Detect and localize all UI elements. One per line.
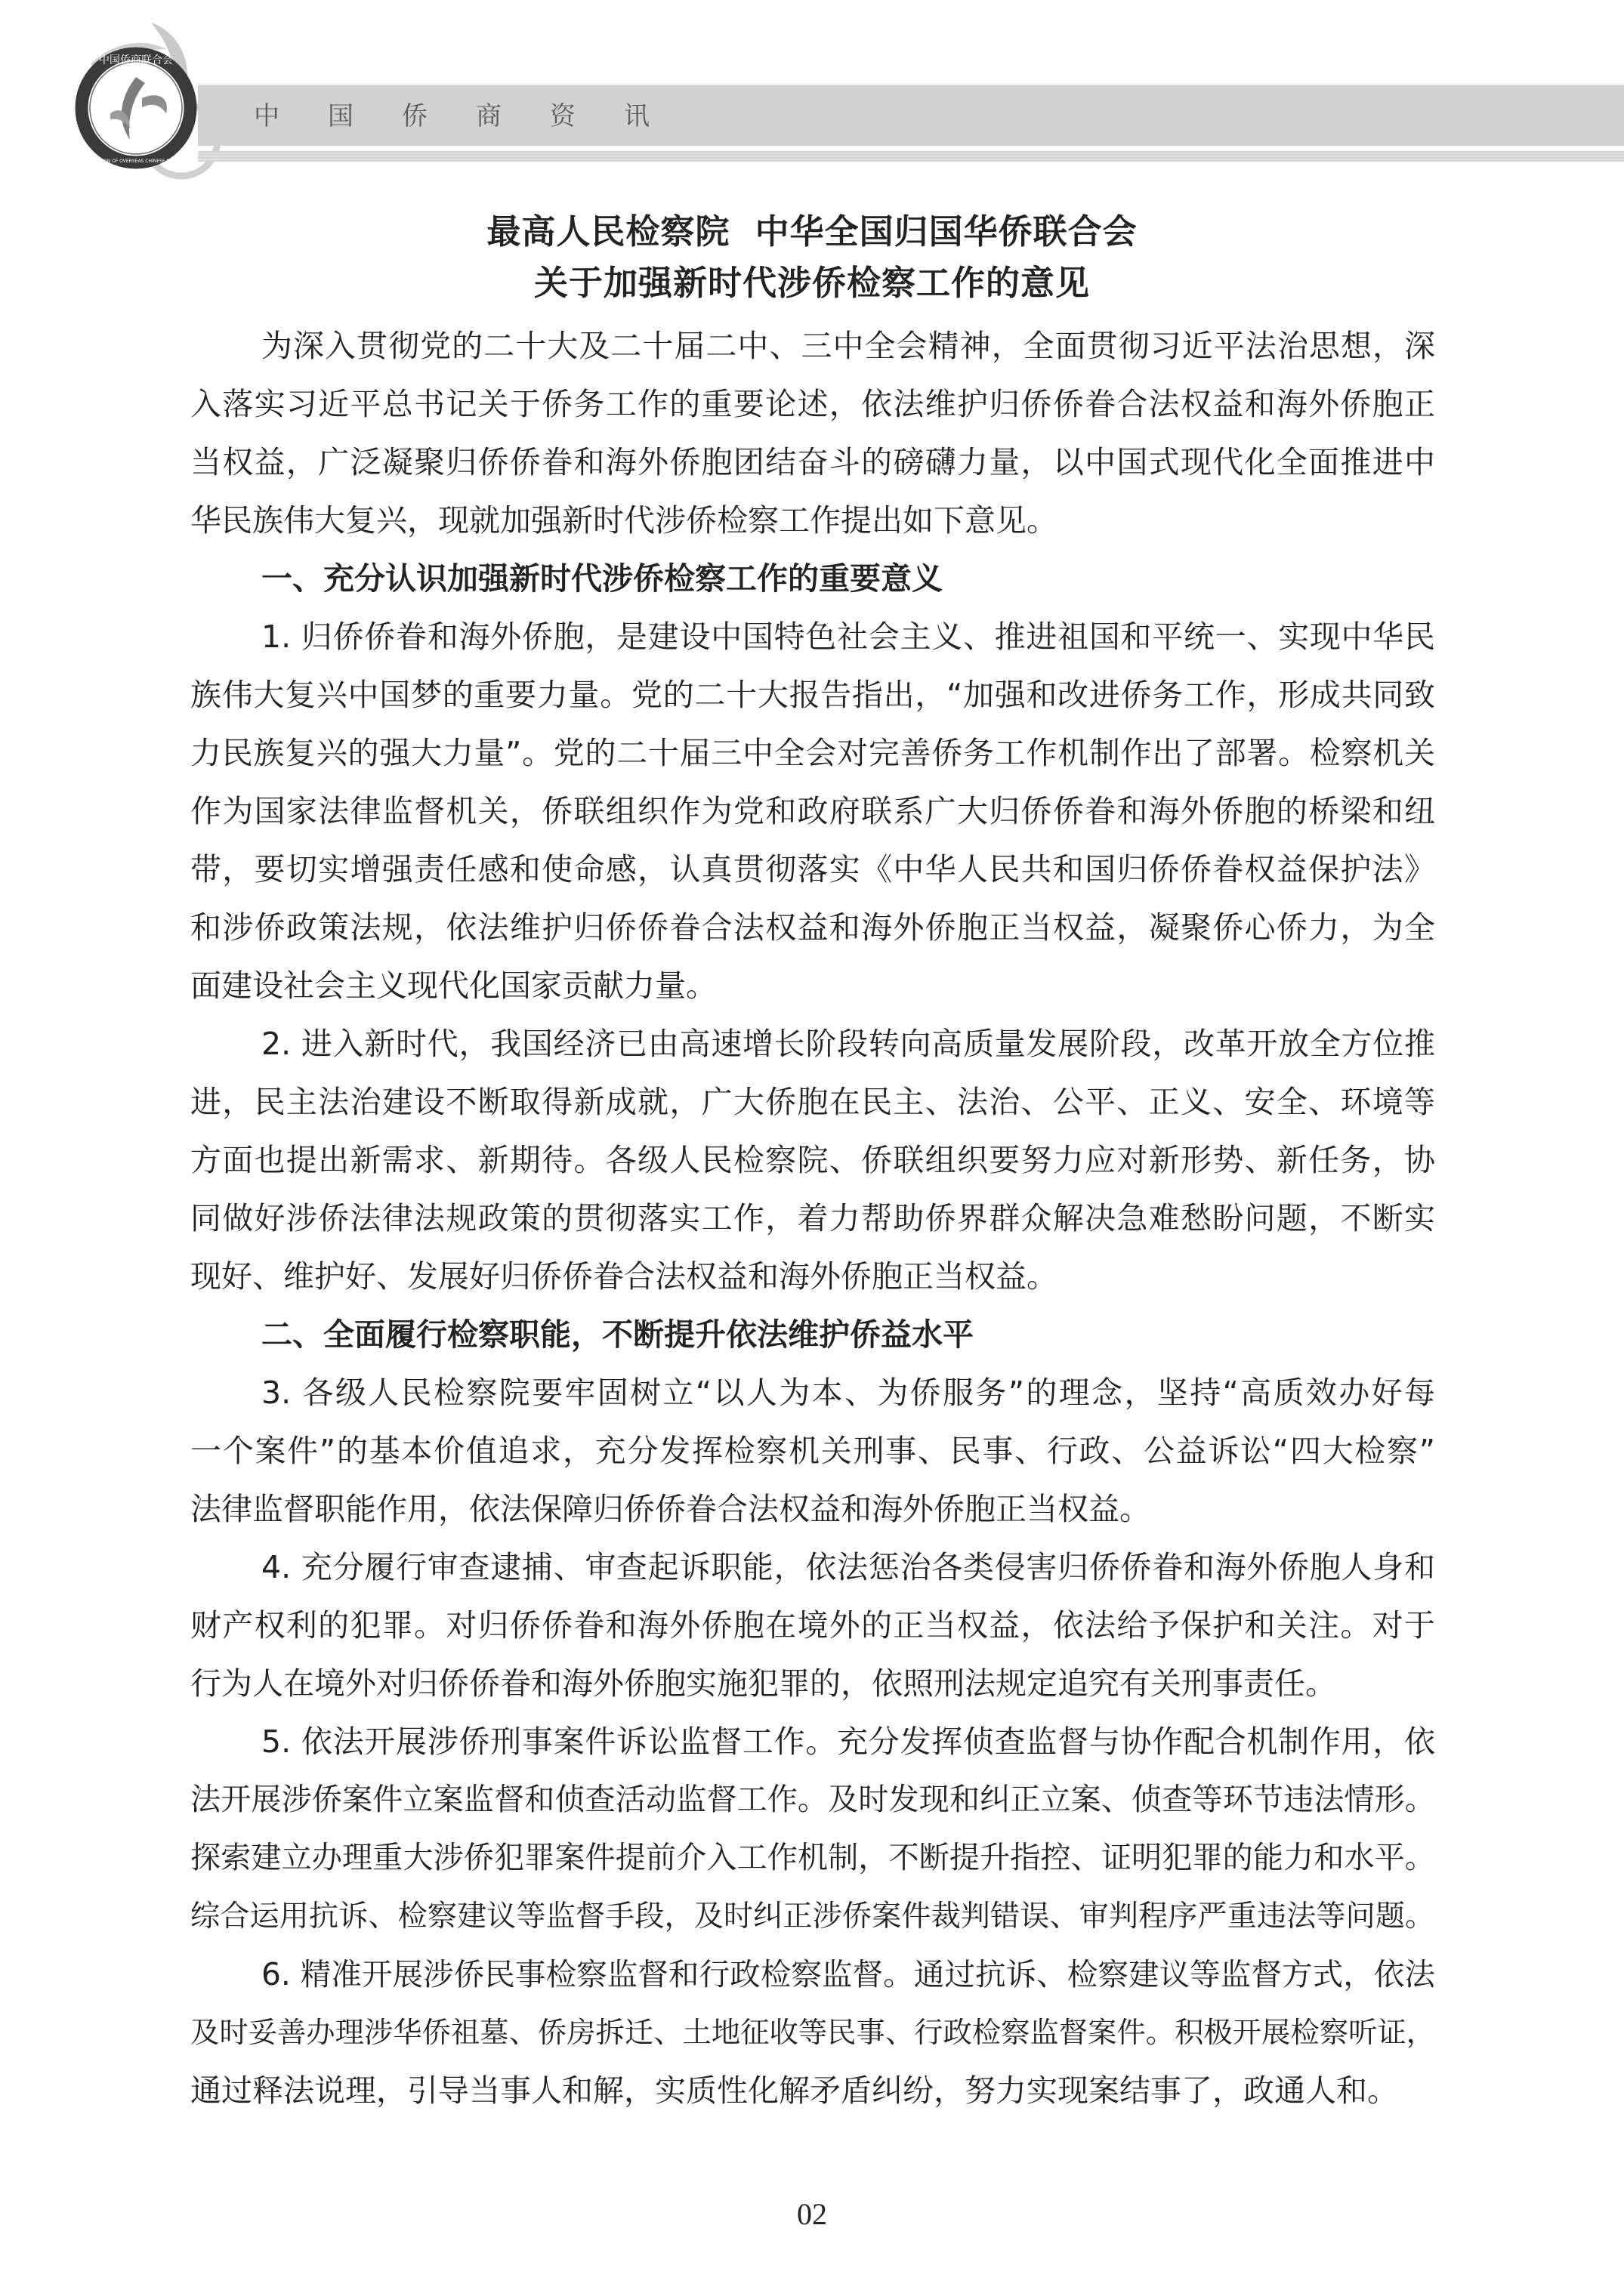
body-text-line: 族伟大复兴中国梦的重要力量。党的二十大报告指出，“加强和改进侨务工作，形成共同致 (190, 666, 1435, 724)
body-text-line: 4. 充分履行审查逮捕、审查起诉职能，依法惩治各类侵害归侨侨眷和海外侨胞人身和 (190, 1538, 1435, 1597)
body-text-line: 法开展涉侨案件立案监督和侦查活动监督工作。及时发现和纠正立案、侦查等环节违法情形… (190, 1771, 1435, 1829)
body-text-line: 方面也提出新需求、新期待。各级人民检察院、侨联组织要努力应对新形势、新任务，协 (190, 1131, 1435, 1190)
publication-name-char: 商 (476, 95, 550, 132)
section-heading: 二、全面履行检察职能，不断提升依法维护侨益水平 (190, 1306, 1435, 1364)
body-text-line: 面建设社会主义现代化国家贡献力量。 (190, 957, 1435, 1015)
body-text-line: 进，民主法治建设不断取得新成就，广大侨胞在民主、法治、公平、正义、安全、环境等 (190, 1073, 1435, 1131)
body-text-line: 现好、维护好、发展好归侨侨眷合法权益和海外侨胞正当权益。 (190, 1248, 1435, 1306)
body-text-line: 5. 依法开展涉侨刑事案件诉讼监督工作。充分发挥侦查监督与协作配合机制作用，依 (190, 1713, 1435, 1771)
body-text-line: 和涉侨政策法规，依法维护归侨侨眷合法权益和海外侨胞正当权益，凝聚侨心侨力，为全 (190, 899, 1435, 957)
body-text-line: 作为国家法律监督机关，侨联组织作为党和政府联系广大归侨侨眷和海外侨胞的桥梁和纽 (190, 782, 1435, 841)
body-text-line: 3. 各级人民检察院要牢固树立“以人为本、为侨服务”的理念，坚持“高质效办好每 (190, 1364, 1435, 1422)
body-text-line: 综合运用抗诉、检察建议等监督手段，及时纠正涉侨案件裁判错误、审判程序严重违法等问… (190, 1887, 1435, 1946)
body-text-line: 法律监督职能作用，依法保障归侨侨眷合法权益和海外侨胞正当权益。 (190, 1480, 1435, 1538)
body-text-line: 及时妥善办理涉华侨祖墓、侨房拆迁、土地征收等民事、行政检察监督案件。积极开展检察… (190, 2004, 1435, 2062)
document-title-line-2: 关于加强新时代涉侨检察工作的意见 (0, 255, 1624, 304)
page-number: 02 (0, 2196, 1624, 2232)
body-text-line: 通过释法说理，引导当事人和解，实质性化解矛盾纠纷，努力实现案结事了，政通人和。 (190, 2062, 1435, 2120)
body-text-line: 探索建立办理重大涉侨犯罪案件提前介入工作机制，不断提升指控、证明犯罪的能力和水平… (190, 1829, 1435, 1887)
publication-name-char: 国 (328, 95, 402, 132)
body-text-line: 一个案件”的基本价值追求，充分发挥检察机关刑事、民事、行政、公益诉讼“四大检察” (190, 1422, 1435, 1480)
publication-name-char: 讯 (624, 95, 698, 132)
publication-name-char: 资 (550, 95, 624, 132)
body-text-line: 带，要切实增强责任感和使命感，认真贯彻落实《中华人民共和国归侨侨眷权益保护法》 (190, 841, 1435, 899)
body-text-line: 力民族复兴的强大力量”。党的二十届三中全会对完善侨务工作机制作出了部署。检察机关 (190, 724, 1435, 782)
section-heading: 一、充分认识加强新时代涉侨检察工作的重要意义 (190, 550, 1435, 608)
document-title-line-1: 最高人民检察院 中华全国归国华侨联合会 (0, 204, 1624, 253)
header-stripe-divider (198, 151, 1624, 162)
body-text-line: 华民族伟大复兴，现就加强新时代涉侨检察工作提出如下意见。 (190, 492, 1435, 550)
body-text-line: 入落实习近平总书记关于侨务工作的重要论述，依法维护归侨侨眷合法权益和海外侨胞正 (190, 375, 1435, 434)
body-text-line: 为深入贯彻党的二十大及二十届二中、三中全会精神，全面贯彻习近平法治思想，深 (190, 317, 1435, 375)
body-text-line: 同做好涉侨法律法规政策的贯彻落实工作，着力帮助侨界群众解决急难愁盼问题，不断实 (190, 1190, 1435, 1248)
document-body: 为深入贯彻党的二十大及二十届二中、三中全会精神，全面贯彻习近平法治思想，深入落实… (190, 317, 1435, 2120)
body-text-line: 1. 归侨侨眷和海外侨胞，是建设中国特色社会主义、推进祖国和平统一、实现中华民 (190, 608, 1435, 666)
body-text-line: 财产权利的犯罪。对归侨侨眷和海外侨胞在境外的正当权益，依法给予保护和关注。对于 (190, 1597, 1435, 1655)
publication-name: 中 国 侨 商 资 讯 (254, 92, 698, 134)
svg-text:中国侨商联合会: 中国侨商联合会 (99, 54, 173, 66)
body-text-line: 6. 精准开展涉侨民事检察监督和行政检察监督。通过抗诉、检察建议等监督方式，依法 (190, 1946, 1435, 2004)
body-text-line: 2. 进入新时代，我国经济已由高速增长阶段转向高质量发展阶段，改革开放全方位推 (190, 1015, 1435, 1073)
publication-name-char: 中 (254, 95, 328, 132)
body-text-line: 行为人在境外对归侨侨眷和海外侨胞实施犯罪的，依照刑法规定追究有关刑事责任。 (190, 1655, 1435, 1713)
svg-text:CHINA FEDERATION OF OVERSEAS C: CHINA FEDERATION OF OVERSEAS CHINESE ENT… (66, 159, 206, 164)
body-text-line: 当权益，广泛凝聚归侨侨眷和海外侨胞团结奋斗的磅礴力量，以中国式现代化全面推进中 (190, 434, 1435, 492)
publication-name-char: 侨 (402, 95, 476, 132)
